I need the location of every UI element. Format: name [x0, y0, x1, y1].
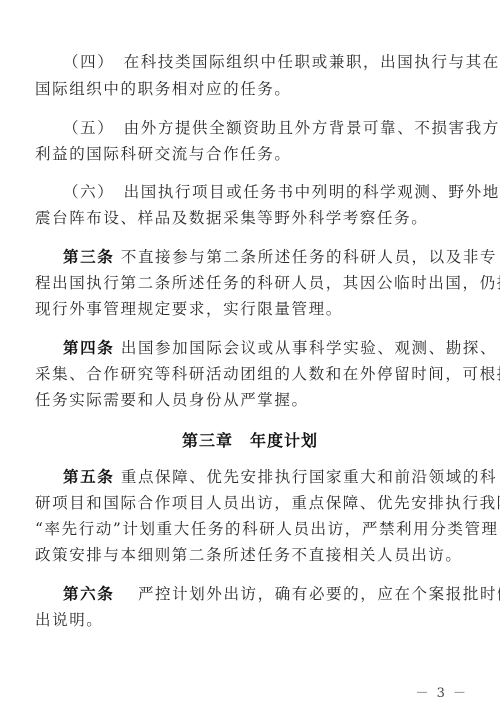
article-5-line-2: 研项目和国际合作项目人员出访，重点保障、优先安排执行我院	[35, 493, 465, 513]
article-5-line-4: 政策安排与本细则第二条所述任务不直接相关人员出访。	[35, 545, 465, 565]
article-4-line-2: 采集、合作研究等科研活动团组的人数和在外停留时间，可根据	[35, 364, 465, 384]
article-3-line-3: 现行外事管理规定要求，实行限量管理。	[35, 299, 465, 319]
item-4-line-2: 国际组织中的职务相对应的任务。	[35, 79, 465, 99]
article-3-label: 第三条	[63, 247, 114, 266]
item-5-line-1: （五） 由外方提供全额资助且外方背景可靠、不损害我方	[63, 118, 465, 138]
article-5-line-1: 第五条 重点保障、优先安排执行国家重大和前沿领域的科	[63, 467, 465, 487]
item-6-line-1: （六） 出国执行项目或任务书中列明的科学观测、野外地	[63, 182, 465, 202]
item-6-line-2: 震台阵布设、样品及数据采集等野外科学考察任务。	[35, 208, 465, 228]
article-4-label: 第四条	[63, 338, 114, 357]
article-6-text: 严控计划外出访，确有必要的，应在个案报批时做	[121, 585, 500, 603]
article-4-text: 出国参加国际会议或从事科学实验、观测、勘探、	[121, 339, 497, 357]
article-5-text: 重点保障、优先安排执行国家重大和前沿领域的科	[121, 468, 497, 486]
article-4-line-3: 任务实际需要和人员身份从严掌握。	[35, 390, 465, 410]
article-3-line-2: 程出国执行第二条所述任务的科研人员，其因公临时出国，仍按	[35, 273, 465, 293]
document-page: （四） 在科技类国际组织中任职或兼职，出国执行与其在 国际组织中的职务相对应的任…	[0, 0, 500, 707]
article-6-line-1: 第六条 严控计划外出访，确有必要的，应在个案报批时做	[63, 584, 465, 604]
article-5-label: 第五条	[63, 467, 114, 486]
article-3-line-1: 第三条 不直接参与第二条所述任务的科研人员，以及非专	[63, 247, 465, 267]
article-3-text: 不直接参与第二条所述任务的科研人员，以及非专	[121, 248, 497, 266]
article-4-line-1: 第四条 出国参加国际会议或从事科学实验、观测、勘探、	[63, 338, 465, 358]
item-4-line-1: （四） 在科技类国际组织中任职或兼职，出国执行与其在	[63, 52, 465, 72]
chapter-heading: 第三章 年度计划	[0, 428, 500, 451]
page-number: － 3 －	[415, 682, 468, 701]
item-5-line-2: 利益的国际科研交流与合作任务。	[35, 144, 465, 164]
article-6-line-2: 出说明。	[35, 610, 465, 630]
article-6-label: 第六条	[63, 584, 114, 603]
article-5-line-3: “率先行动”计划重大任务的科研人员出访，严禁利用分类管理	[35, 519, 465, 539]
